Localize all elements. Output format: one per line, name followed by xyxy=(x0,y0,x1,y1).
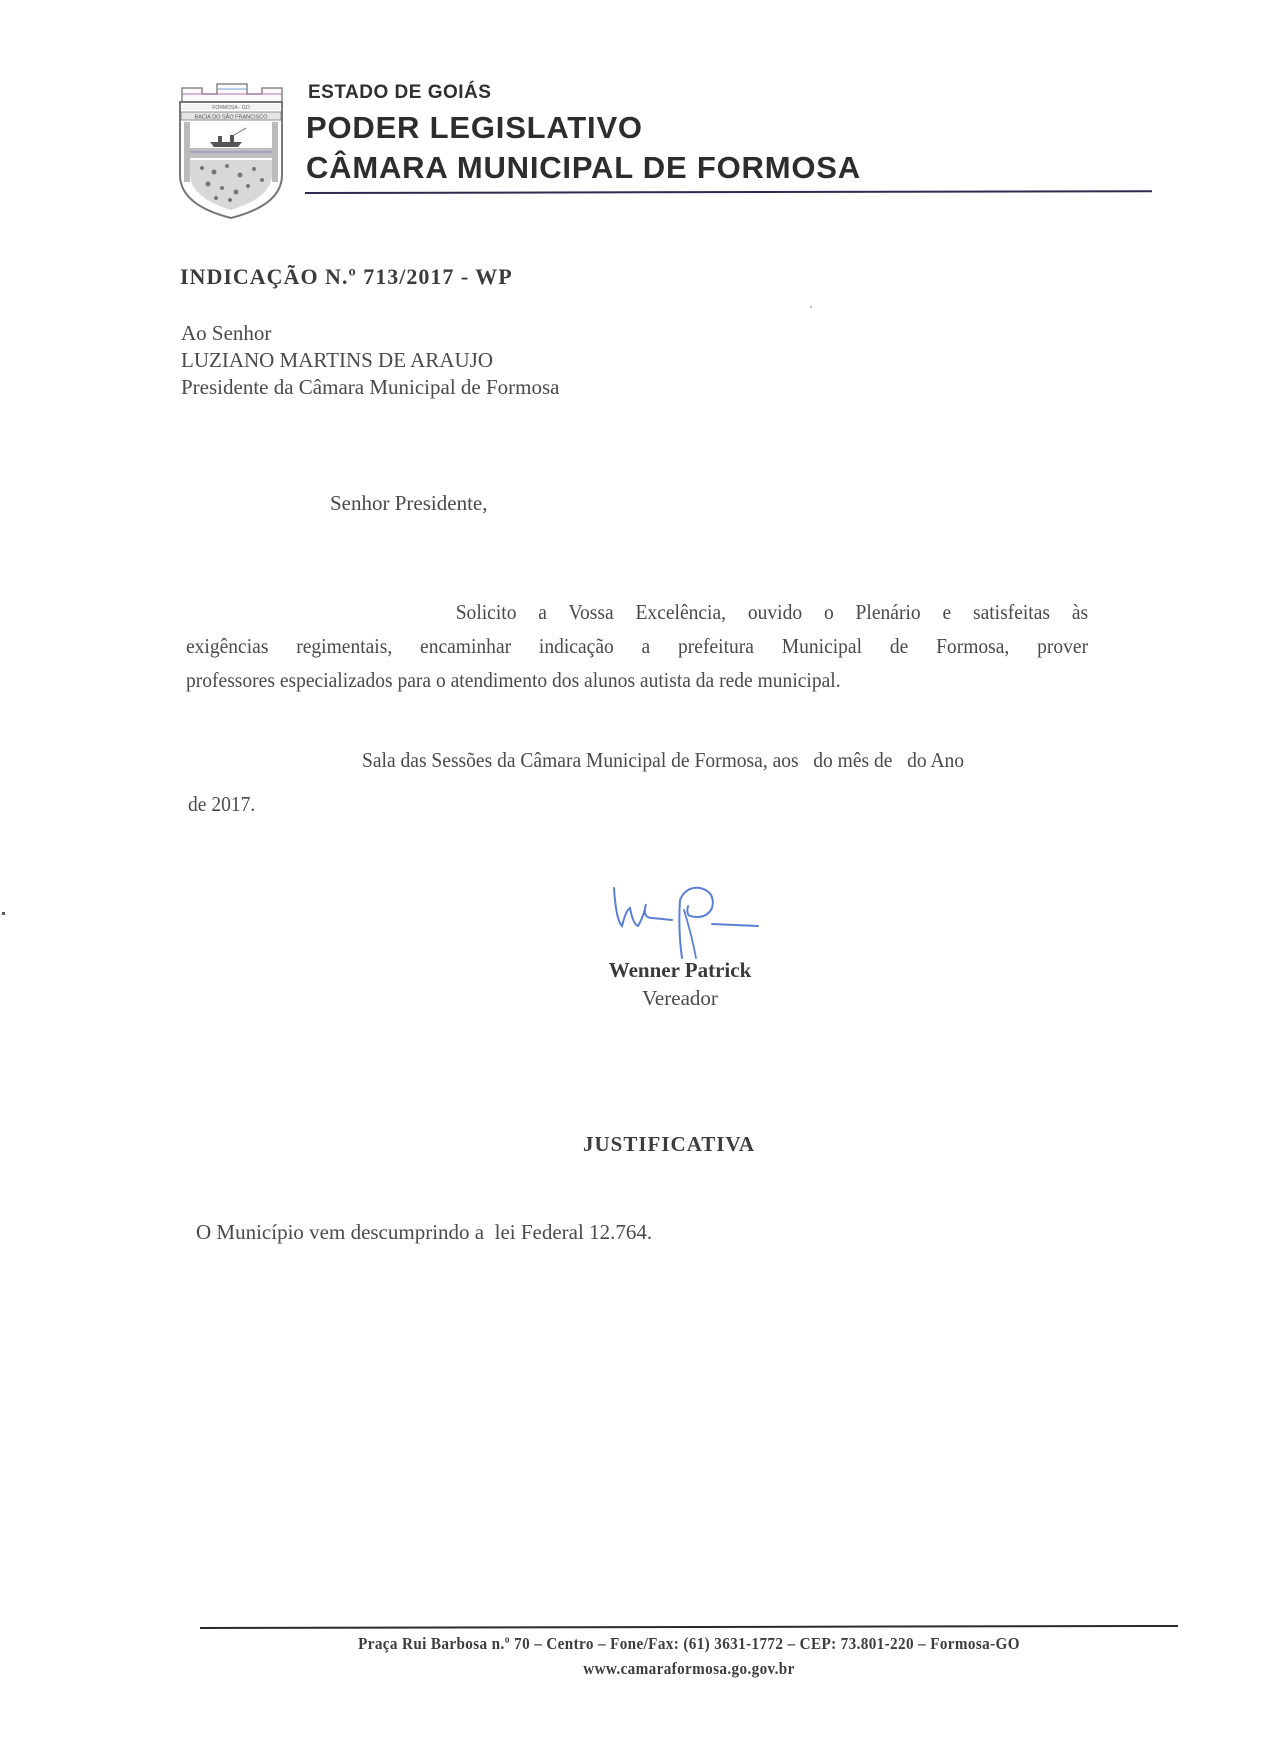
scan-speck xyxy=(810,306,812,308)
justification-text: O Município vem descumprindo a lei Feder… xyxy=(196,1220,652,1245)
signer-role: Vereador xyxy=(590,986,770,1011)
salutation: Senhor Presidente, xyxy=(330,491,487,516)
footer-website: www.camaraformosa.go.gov.br xyxy=(239,1659,1139,1679)
body-line: exigências regimentais, encaminhar indic… xyxy=(186,629,1088,663)
justification-heading: JUSTIFICATIVA xyxy=(583,1132,755,1157)
chamber-name: CÂMARA MUNICIPAL DE FORMOSA xyxy=(306,150,861,186)
indication-number: INDICAÇÃO N.º 713/2017 - WP xyxy=(180,264,513,290)
footer-address: Praça Rui Barbosa n.º 70 – Centro – Fone… xyxy=(239,1634,1139,1654)
body-line: professores especializados para o atendi… xyxy=(186,663,1088,697)
session-place-date: Sala das Sessões da Câmara Municipal de … xyxy=(362,748,964,773)
scan-mark xyxy=(2,912,5,915)
svg-text:BACIA DO SÃO FRANCISCO: BACIA DO SÃO FRANCISCO xyxy=(194,114,268,121)
request-paragraph: Solicito a Vossa Excelência, ouvido o Pl… xyxy=(186,595,1088,697)
addressee-greeting: Ao Senhor xyxy=(181,320,559,347)
addressee-name: LUZIANO MARTINS DE ARAUJO xyxy=(181,347,559,374)
coat-of-arms-icon: FORMOSA - GO BACIA DO SÃO FRANCISCO xyxy=(172,80,290,220)
session-year: de 2017. xyxy=(188,792,255,817)
body-line: Solicito a Vossa Excelência, ouvido o Pl… xyxy=(186,595,1088,629)
addressee-title: Presidente da Câmara Municipal de Formos… xyxy=(181,374,559,401)
header-divider xyxy=(305,190,1152,194)
legislative-power-label: PODER LEGISLATIVO xyxy=(306,110,643,146)
state-label: ESTADO DE GOIÁS xyxy=(308,82,491,104)
addressee-block: Ao Senhor LUZIANO MARTINS DE ARAUJO Pres… xyxy=(181,320,559,401)
svg-text:FORMOSA - GO: FORMOSA - GO xyxy=(212,105,249,111)
signer-name: Wenner Patrick xyxy=(590,958,770,983)
footer-divider xyxy=(200,1625,1178,1629)
signature-icon xyxy=(600,880,780,960)
